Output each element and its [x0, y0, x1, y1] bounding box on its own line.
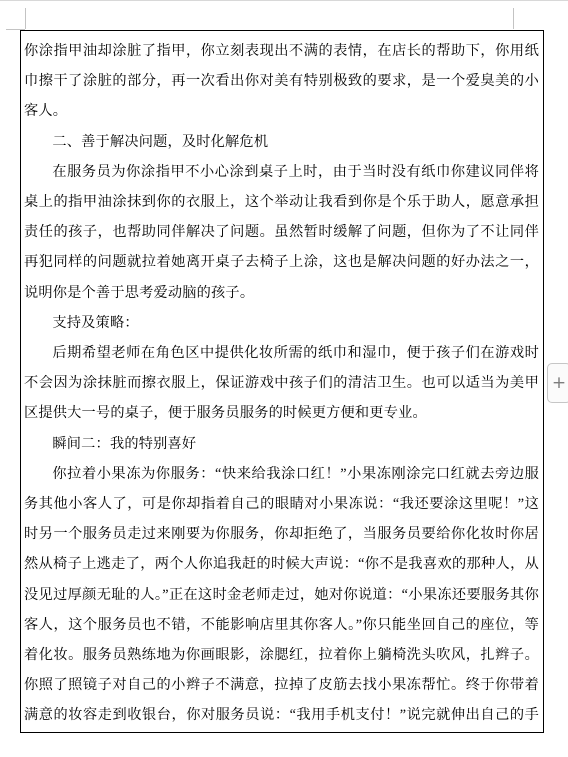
paragraph: 瞬间二：我的特别喜好	[24, 429, 539, 459]
expand-side-panel-button[interactable]: +	[547, 363, 568, 403]
paragraph: 你拉着小果冻为你服务：“快来给我涂口红！”小果冻刚涂完口红就去旁边服务其他小客人…	[24, 459, 539, 733]
paragraph: 支持及策略：	[24, 308, 539, 338]
viewport-top-edge-line	[0, 0, 568, 1]
document-page: { "page": { "background": "#ffffff", "co…	[0, 0, 568, 757]
paragraph: 你涂指甲油却涂脏了指甲，你立刻表现出不满的表情，在店长的帮助下，你用纸巾擦干了涂…	[24, 36, 539, 127]
document-table-cell[interactable]: 你涂指甲油却涂脏了指甲，你立刻表现出不满的表情，在店长的帮助下，你用纸巾擦干了涂…	[20, 30, 544, 733]
margin-crop-mark-right-vertical	[513, 8, 514, 29]
margin-crop-mark-left-vertical	[25, 8, 26, 29]
paragraph: 二、善于解决问题，及时化解危机	[24, 127, 539, 157]
paragraph: 后期希望老师在角色区中提供化妆所需的纸巾和湿巾，便于孩子们在游戏时不会因为涂抹脏…	[24, 338, 539, 429]
paragraph: 在服务员为你涂指甲不小心涂到桌子上时，由于当时没有纸巾你建议同伴将桌上的指甲油涂…	[24, 157, 539, 308]
plus-icon: +	[552, 373, 566, 393]
